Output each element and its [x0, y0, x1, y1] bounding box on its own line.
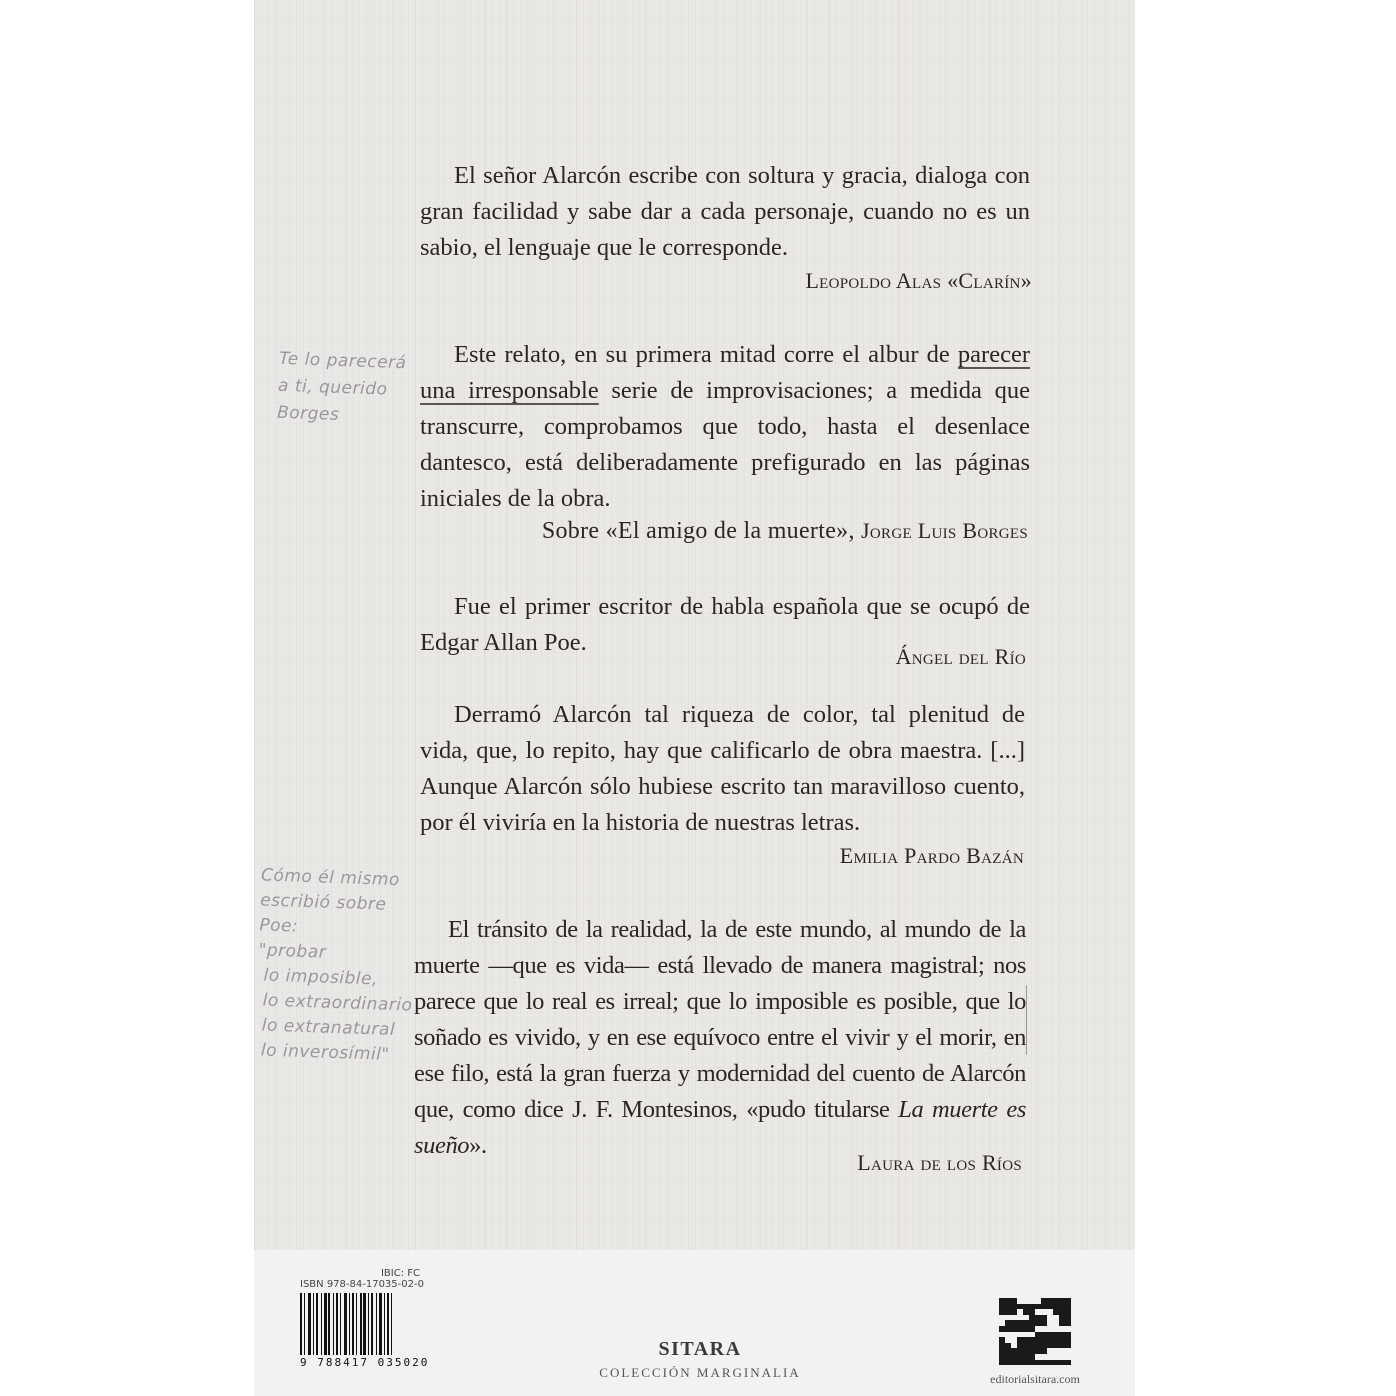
collection-name: COLECCIÓN MARGINALIA: [560, 1365, 840, 1381]
barcode-block: IBIC: FC ISBN 978-84-17035-02-0 9 788417…: [300, 1268, 430, 1369]
attribution-angel-del-rio: Ángel del Río: [896, 644, 1026, 670]
handwritten-note-borges: Te lo parecerá a ti, querido Borges: [277, 346, 407, 431]
quote-clarin: El señor Alarcón escribe con soltura y g…: [420, 158, 1030, 266]
quote-text: Este relato, en su primera mitad corre e…: [420, 337, 1030, 517]
publisher-block: SITARA COLECCIÓN MARGINALIA: [560, 1338, 840, 1381]
quote-borges: Este relato, en su primera mitad corre e…: [420, 337, 1030, 517]
qr-code-icon: [999, 1298, 1071, 1366]
margin-pencil-mark: [1026, 985, 1027, 1055]
handwritten-note-poe: Cómo él mismo escribió sobre Poe: "proba…: [255, 863, 418, 1068]
isbn-label: ISBN 978-84-17035-02-0: [300, 1279, 430, 1290]
quote-text: El tránsito de la realidad, la de este m…: [414, 912, 1026, 1164]
publisher-name: SITARA: [560, 1338, 840, 1361]
quote-text: Derramó Alarcón tal riqueza de color, ta…: [420, 697, 1025, 841]
quote-pardo-bazan: Derramó Alarcón tal riqueza de color, ta…: [420, 697, 1025, 841]
attribution-pardo-bazan: Emilia Pardo Bazán: [840, 843, 1024, 869]
barcode-digits: 9 788417 035020: [300, 1356, 430, 1369]
barcode-icon: [300, 1293, 430, 1355]
quote-laura-de-los-rios: El tránsito de la realidad, la de este m…: [414, 912, 1026, 1164]
publisher-website: editorialsitara.com: [980, 1372, 1090, 1387]
ibic-code: IBIC: FC: [300, 1268, 420, 1279]
attribution-clarin: Leopoldo Alas «Clarín»: [805, 268, 1032, 294]
qr-block: editorialsitara.com: [980, 1298, 1090, 1387]
quote-text: El señor Alarcón escribe con soltura y g…: [420, 158, 1030, 266]
attribution-laura-de-los-rios: Laura de los Ríos: [857, 1150, 1022, 1176]
attribution-borges: Sobre «El amigo de la muerte», Jorge Lui…: [542, 518, 1028, 545]
